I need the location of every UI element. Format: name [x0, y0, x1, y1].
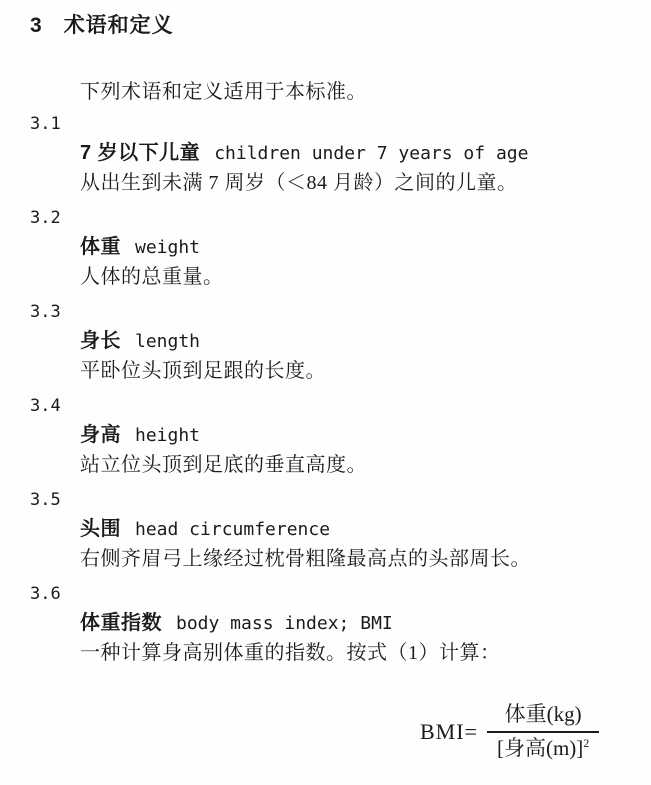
- term-english: length: [135, 331, 200, 352]
- term-section-3-4: 3.4 身高height 站立位头顶到足底的垂直高度。: [0, 392, 651, 480]
- term-english: children under 7 years of age: [214, 143, 528, 164]
- term-number: 3.2: [30, 204, 651, 233]
- section-heading: 3术语和定义: [30, 0, 651, 39]
- term-number: 3.4: [30, 392, 651, 421]
- term-english: head circumference: [135, 519, 330, 540]
- term-chinese: 体重指数: [80, 612, 162, 634]
- term-line: 头围head circumference: [80, 515, 651, 545]
- term-section-3-1: 3.1 7 岁以下儿童children under 7 years of age…: [0, 110, 651, 198]
- term-section-3-5: 3.5 头围head circumference 右侧齐眉弓上缘经过枕骨粗隆最高…: [0, 486, 651, 574]
- term-definition: 人体的总重量。: [80, 263, 651, 292]
- term-line: 身高height: [80, 421, 651, 451]
- term-line: 身长length: [80, 327, 651, 357]
- term-english: body mass index; BMI: [176, 613, 393, 634]
- term-chinese: 头围: [80, 518, 121, 540]
- term-chinese: 身高: [80, 424, 121, 446]
- term-chinese: 身长: [80, 330, 121, 352]
- term-line: 体重指数body mass index; BMI: [80, 609, 651, 639]
- term-chinese: 体重: [80, 236, 121, 258]
- term-definition: 站立位头顶到足底的垂直高度。: [80, 451, 651, 480]
- term-chinese: 7 岁以下儿童: [80, 142, 200, 164]
- term-english: height: [135, 425, 200, 446]
- term-definition: 平卧位头顶到足跟的长度。: [80, 357, 651, 386]
- term-number: 3.6: [30, 580, 651, 609]
- term-section-3-6: 3.6 体重指数body mass index; BMI 一种计算身高别体重的指…: [0, 580, 651, 668]
- term-section-3-2: 3.2 体重weight 人体的总重量。: [0, 204, 651, 292]
- term-definition: 右侧齐眉弓上缘经过枕骨粗隆最高点的头部周长。: [80, 545, 651, 574]
- term-line: 体重weight: [80, 233, 651, 263]
- section-heading-number: 3: [30, 13, 42, 39]
- formula-denominator: [身高(m)]2: [487, 731, 599, 759]
- term-section-3-3: 3.3 身长length 平卧位头顶到足跟的长度。: [0, 298, 651, 386]
- document-page: 3术语和定义 下列术语和定义适用于本标准。 3.1 7 岁以下儿童childre…: [0, 0, 651, 785]
- intro-paragraph: 下列术语和定义适用于本标准。: [80, 80, 651, 104]
- formula-lhs: BMI=: [420, 721, 478, 743]
- bmi-formula: BMI= 体重(kg) [身高(m)]2: [420, 704, 651, 759]
- term-number: 3.3: [30, 298, 651, 327]
- formula-exponent: 2: [583, 736, 589, 750]
- formula-denominator-base: [身高(m)]: [497, 736, 583, 760]
- term-definition: 从出生到未满 7 周岁（＜84 月龄）之间的儿童。: [80, 169, 651, 198]
- term-number: 3.1: [30, 110, 651, 139]
- formula-numerator: 体重(kg): [487, 704, 599, 731]
- term-english: weight: [135, 237, 200, 258]
- term-number: 3.5: [30, 486, 651, 515]
- section-heading-title: 术语和定义: [64, 14, 174, 37]
- term-line: 7 岁以下儿童children under 7 years of age: [80, 139, 651, 169]
- term-definition: 一种计算身高别体重的指数。按式（1）计算：: [80, 639, 651, 668]
- formula-fraction: 体重(kg) [身高(m)]2: [487, 704, 599, 759]
